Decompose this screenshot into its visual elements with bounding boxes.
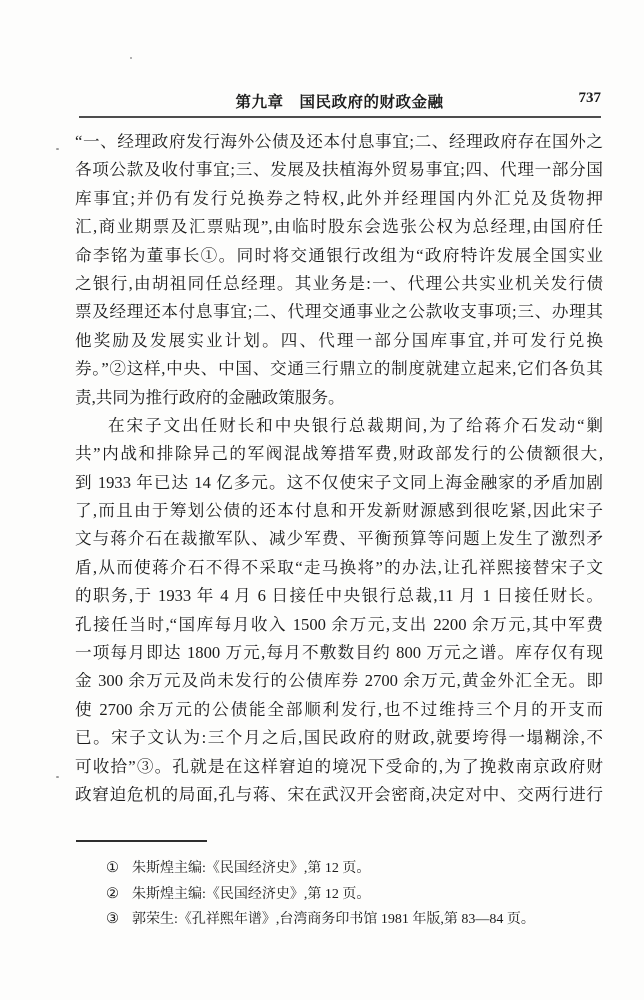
footnote-marker: ① bbox=[106, 856, 119, 881]
text-line: “一、经理政府发行海外公债及还本付息事宜;二、经理政府存在国外之 bbox=[75, 128, 603, 156]
footnote-separator bbox=[76, 840, 207, 842]
footnotes: ①朱斯煌主编:《民国经济史》,第 12 页。②朱斯煌主编:《民国经济史》,第 1… bbox=[75, 856, 603, 933]
text-line: 一项每月即达 1800 万元,每月不敷数目约 800 万元之谱。库存仅有现 bbox=[75, 639, 603, 667]
footnote-item: ①朱斯煌主编:《民国经济史》,第 12 页。 bbox=[75, 856, 603, 882]
scan-speck bbox=[56, 148, 59, 150]
text-line: 金 300 余万元及尚未发行的公债库券 2700 余万元,黄金外汇全无。即 bbox=[75, 667, 603, 695]
text-line: 孔接任当时,“国库每月收入 1500 余万元,支出 2200 余万元,其中军费 bbox=[75, 611, 603, 639]
text-line: 使 2700 余万元的公债能全部顺利发行,也不过维持三个月的开支而 bbox=[75, 696, 603, 724]
page-number: 737 bbox=[579, 90, 602, 107]
text-line: 已。宋子文认为:三个月之后,国民政府的财政,就要垮得一塌糊涂,不 bbox=[75, 724, 603, 752]
footnote-marker: ③ bbox=[106, 907, 119, 932]
text-line: 到 1933 年已达 14 亿多元。这不仅使宋子文同上海金融家的矛盾加剧 bbox=[75, 469, 603, 497]
scan-speck bbox=[130, 57, 132, 59]
text-line: 券。”②这样,中央、中国、交通三行鼎立的制度就建立起来,它们各负其 bbox=[75, 355, 603, 383]
body-text: “一、经理政府发行海外公债及还本付息事宜;二、经理政府存在国外之各项公款及收付事… bbox=[75, 128, 603, 809]
chapter-title: 第九章 国民政府的财政金融 bbox=[235, 90, 443, 112]
text-line: 了,而且由于筹划公债的还本付息和开发新财源感到很吃紧,因此宋子 bbox=[75, 497, 603, 525]
running-header: 第九章 国民政府的财政金融 737 bbox=[76, 90, 603, 112]
text-line: 之银行,由胡祖同任总经理。其业务是:一、代理公共实业机关发行债 bbox=[75, 270, 603, 298]
text-line: 命李铭为董事长①。同时将交通银行改组为“政府特许发展全国实业 bbox=[75, 242, 603, 270]
text-line: 汇,商业期票及汇票贴现”,由临时股东会选张公权为总经理,由国府任 bbox=[75, 213, 603, 241]
text-line: 他奖励及发展实业计划。四、代理一部分国库事宜,并可发行兑换 bbox=[75, 327, 603, 355]
text-line: 各项公款及收付事宜;三、发展及扶植海外贸易事宜;四、代理一部分国 bbox=[75, 156, 603, 184]
book-page: 第九章 国民政府的财政金融 737 “一、经理政府发行海外公债及还本付息事宜;二… bbox=[0, 0, 644, 1000]
text-line: 在宋子文出任财长和中央银行总裁期间,为了给蒋介石发动“剿 bbox=[75, 412, 603, 440]
footnote-marker: ② bbox=[106, 882, 119, 907]
footnote-text: 朱斯煌主编:《民国经济史》,第 12 页。 bbox=[132, 861, 370, 876]
footnote-text: 郭荣生:《孔祥熙年谱》,台湾商务印书馆 1981 年版,第 83—84 页。 bbox=[132, 912, 535, 927]
footnote-item: ③郭荣生:《孔祥熙年谱》,台湾商务印书馆 1981 年版,第 83—84 页。 bbox=[75, 907, 603, 933]
text-line: 文与蒋介石在裁撤军队、减少军费、平衡预算等问题上发生了激烈矛 bbox=[75, 525, 603, 553]
header-rule bbox=[79, 116, 601, 118]
scan-speck bbox=[56, 776, 59, 778]
text-line: 盾,从而使蒋介石不得不采取“走马换将”的办法,让孔祥熙接替宋子文 bbox=[75, 554, 603, 582]
text-line: 票及经理还本付息事宜;二、代理交通事业之公款收支事项;三、办理其 bbox=[75, 298, 603, 326]
text-line: 责,共同为推行政府的金融政策服务。 bbox=[75, 384, 603, 412]
text-line: 政窘迫危机的局面,孔与蒋、宋在武汉开会密商,决定对中、交两行进行 bbox=[75, 781, 603, 809]
text-line: 共”内战和排除异己的军阀混战筹措军费,财政部发行的公债额很大, bbox=[75, 440, 603, 468]
footnote-item: ②朱斯煌主编:《民国经济史》,第 12 页。 bbox=[75, 882, 603, 908]
text-line: 的职务,于 1933 年 4 月 6 日接任中央银行总裁,11 月 1 日接任财… bbox=[75, 582, 603, 610]
text-line: 库事宜;并仍有发行兑换券之特权,此外并经理国内外汇兑及货物押 bbox=[75, 185, 603, 213]
text-line: 可收拾”③。孔就是在这样窘迫的境况下受命的,为了挽救南京政府财 bbox=[75, 753, 603, 781]
footnote-text: 朱斯煌主编:《民国经济史》,第 12 页。 bbox=[132, 887, 370, 902]
